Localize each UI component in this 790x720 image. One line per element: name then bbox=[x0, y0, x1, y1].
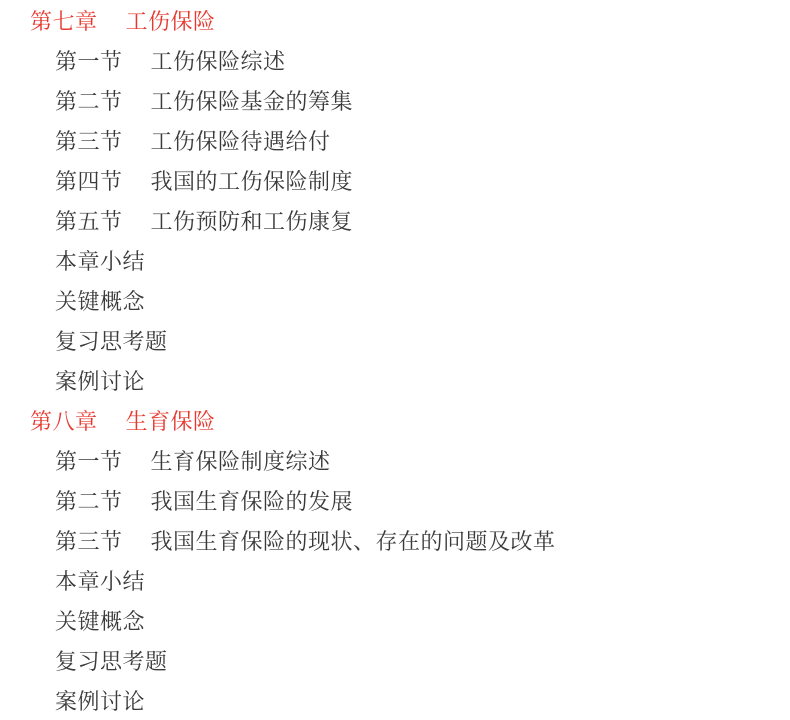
chapter-extra-row: 案例讨论 bbox=[0, 682, 790, 720]
spacer bbox=[123, 102, 151, 103]
section-number: 第二节 bbox=[55, 82, 123, 122]
section-row: 第三节工伤保险待遇给付 bbox=[0, 122, 790, 162]
section-title: 工伤保险待遇给付 bbox=[151, 122, 331, 162]
section-title: 生育保险制度综述 bbox=[151, 442, 331, 482]
section-title: 工伤预防和工伤康复 bbox=[151, 202, 354, 242]
section-number: 第一节 bbox=[55, 42, 123, 82]
section-row: 第四节我国的工伤保险制度 bbox=[0, 162, 790, 202]
spacer bbox=[98, 422, 126, 423]
section-row: 第一节工伤保险综述 bbox=[0, 42, 790, 82]
item-label: 关键概念 bbox=[55, 282, 145, 322]
chapter-title: 生育保险 bbox=[126, 402, 216, 442]
chapter-row: 第七章工伤保险 bbox=[0, 2, 790, 42]
section-row: 第二节工伤保险基金的筹集 bbox=[0, 82, 790, 122]
spacer bbox=[123, 502, 151, 503]
item-label: 本章小结 bbox=[55, 242, 145, 282]
spacer bbox=[123, 222, 151, 223]
section-number: 第二节 bbox=[55, 482, 123, 522]
section-row: 第五节工伤预防和工伤康复 bbox=[0, 202, 790, 242]
spacer bbox=[123, 142, 151, 143]
table-of-contents: 第七章工伤保险 第一节工伤保险综述 第二节工伤保险基金的筹集 第三节工伤保险待遇… bbox=[0, 0, 790, 720]
chapter-extra-row: 复习思考题 bbox=[0, 642, 790, 682]
section-row: 第二节我国生育保险的发展 bbox=[0, 482, 790, 522]
item-label: 复习思考题 bbox=[55, 642, 168, 682]
section-row: 第三节我国生育保险的现状、存在的问题及改革 bbox=[0, 522, 790, 562]
chapter-row: 第八章生育保险 bbox=[0, 402, 790, 442]
spacer bbox=[123, 462, 151, 463]
chapter-extra-row: 案例讨论 bbox=[0, 362, 790, 402]
spacer bbox=[123, 182, 151, 183]
item-label: 关键概念 bbox=[55, 602, 145, 642]
section-number: 第四节 bbox=[55, 162, 123, 202]
chapter-extra-row: 本章小结 bbox=[0, 562, 790, 602]
section-title: 我国的工伤保险制度 bbox=[151, 162, 354, 202]
item-label: 案例讨论 bbox=[55, 362, 145, 402]
section-number: 第五节 bbox=[55, 202, 123, 242]
section-row: 第一节生育保险制度综述 bbox=[0, 442, 790, 482]
section-number: 第三节 bbox=[55, 522, 123, 562]
section-title: 工伤保险基金的筹集 bbox=[151, 82, 354, 122]
chapter-extra-row: 关键概念 bbox=[0, 282, 790, 322]
item-label: 复习思考题 bbox=[55, 322, 168, 362]
chapter-number: 第八章 bbox=[30, 402, 98, 442]
spacer bbox=[123, 542, 151, 543]
section-number: 第三节 bbox=[55, 122, 123, 162]
chapter-title: 工伤保险 bbox=[126, 2, 216, 42]
item-label: 本章小结 bbox=[55, 562, 145, 602]
chapter-extra-row: 本章小结 bbox=[0, 242, 790, 282]
section-title: 我国生育保险的发展 bbox=[151, 482, 354, 522]
chapter-extra-row: 关键概念 bbox=[0, 602, 790, 642]
spacer bbox=[123, 62, 151, 63]
section-title: 工伤保险综述 bbox=[151, 42, 286, 82]
spacer bbox=[98, 22, 126, 23]
item-label: 案例讨论 bbox=[55, 682, 145, 720]
chapter-number: 第七章 bbox=[30, 2, 98, 42]
chapter-extra-row: 复习思考题 bbox=[0, 322, 790, 362]
section-number: 第一节 bbox=[55, 442, 123, 482]
section-title: 我国生育保险的现状、存在的问题及改革 bbox=[151, 522, 556, 562]
